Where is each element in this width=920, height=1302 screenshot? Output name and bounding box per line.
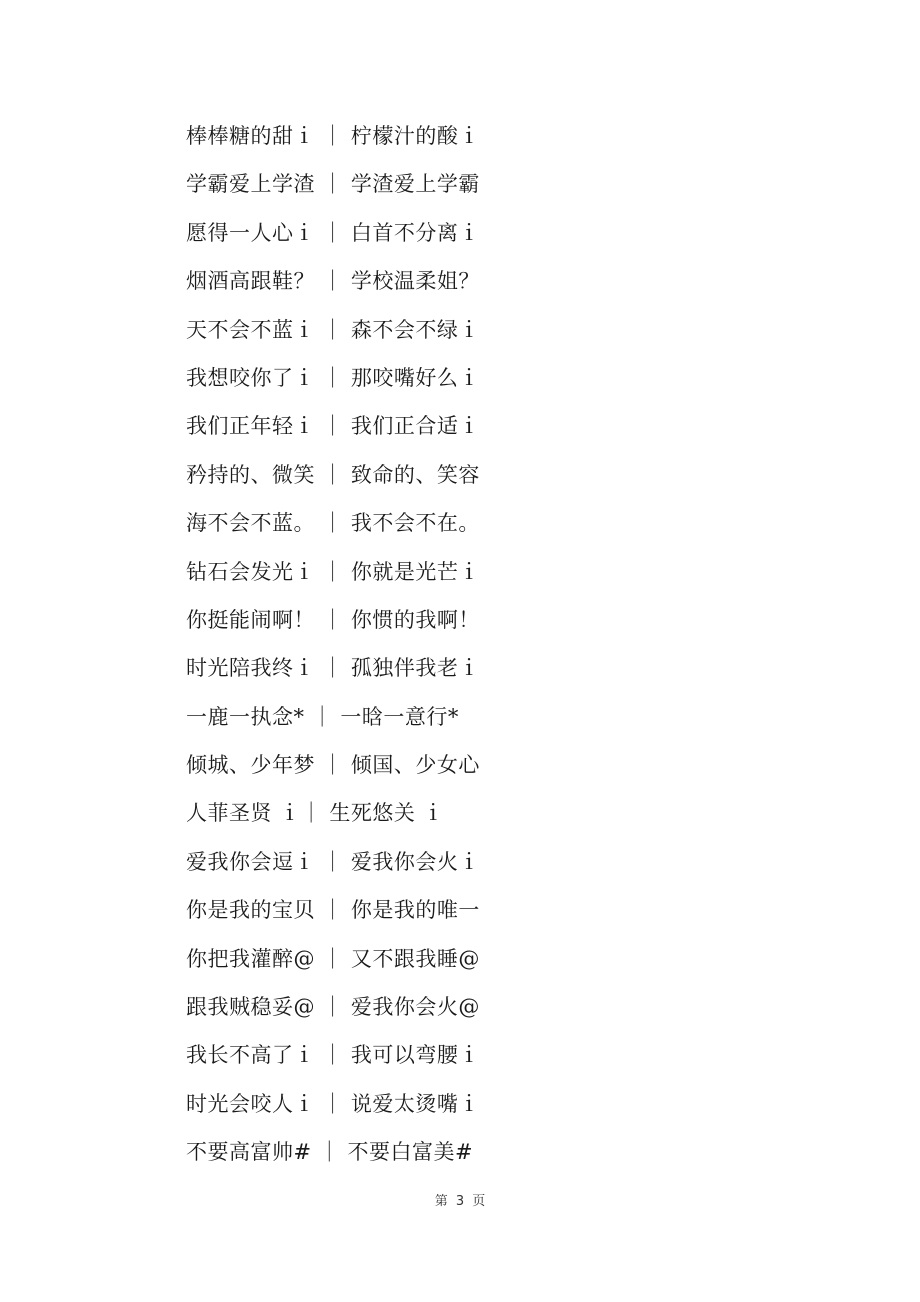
text-line: 学霸爱上学渣 ｜ 学渣爱上学霸	[186, 164, 480, 212]
text-line: 钻石会发光ｉ ｜ 你就是光芒ｉ	[186, 552, 480, 600]
text-line: 不要高富帅# ｜ 不要白富美#	[186, 1132, 480, 1180]
text-line: 你挺能闹啊！ ｜ 你惯的我啊！	[186, 600, 480, 648]
text-line: 烟酒高跟鞋？ ｜ 学校温柔姐？	[186, 261, 480, 309]
page-label-suffix: 页	[472, 1194, 485, 1209]
text-line: 我长不高了ｉ ｜ 我可以弯腰ｉ	[186, 1035, 480, 1083]
text-lines: 棒棒糖的甜ｉ ｜ 柠檬汁的酸ｉ 学霸爱上学渣 ｜ 学渣爱上学霸 愿得一人心ｉ ｜…	[186, 116, 480, 1181]
text-line: 矜持的、微笑 ｜ 致命的、笑容	[186, 455, 480, 503]
text-line: 棒棒糖的甜ｉ ｜ 柠檬汁的酸ｉ	[186, 116, 480, 164]
text-line: 我们正年轻ｉ ｜ 我们正合适ｉ	[186, 406, 480, 454]
page-number: 3	[456, 1194, 464, 1209]
text-line: 你把我灌醉@ ｜ 又不跟我睡@	[186, 939, 480, 987]
page-footer: 第 3 页	[0, 1190, 920, 1209]
text-line: 愿得一人心ｉ ｜ 白首不分离ｉ	[186, 213, 480, 261]
text-line: 海不会不蓝。 ｜ 我不会不在。	[186, 503, 480, 551]
page-label-prefix: 第	[435, 1194, 448, 1209]
text-line: 时光陪我终ｉ ｜ 孤独伴我老ｉ	[186, 648, 480, 696]
text-line: 一鹿一执念* ｜ 一晗一意行*	[186, 697, 480, 745]
text-line: 人菲圣贤 ｉ｜ 生死悠关 ｉ	[186, 793, 480, 841]
text-line: 你是我的宝贝 ｜ 你是我的唯一	[186, 890, 480, 938]
text-line: 我想咬你了ｉ ｜ 那咬嘴好么ｉ	[186, 358, 480, 406]
document-page: 棒棒糖的甜ｉ ｜ 柠檬汁的酸ｉ 学霸爱上学渣 ｜ 学渣爱上学霸 愿得一人心ｉ ｜…	[0, 0, 920, 1302]
text-line: 倾城、少年梦 ｜ 倾国、少女心	[186, 745, 480, 793]
text-line: 爱我你会逗ｉ ｜ 爱我你会火ｉ	[186, 842, 480, 890]
text-line: 天不会不蓝ｉ ｜ 森不会不绿ｉ	[186, 310, 480, 358]
text-line: 时光会咬人ｉ ｜ 说爱太烫嘴ｉ	[186, 1084, 480, 1132]
text-line: 跟我贼稳妥@ ｜ 爱我你会火@	[186, 987, 480, 1035]
